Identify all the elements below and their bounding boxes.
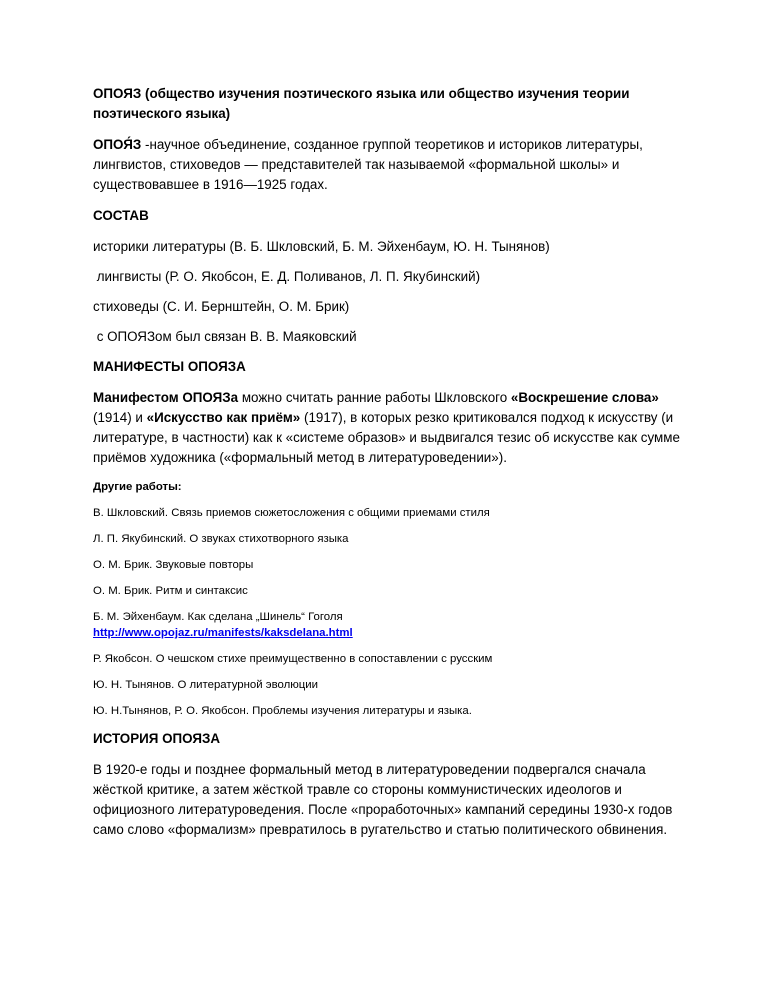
- intro-text: -научное объединение, созданное группой …: [93, 137, 643, 192]
- intro-paragraph: ОПОЯ́З -научное объединение, созданное г…: [93, 135, 683, 195]
- composition-item: стиховеды (С. И. Бернштейн, О. М. Брик): [93, 297, 683, 317]
- work-item: В. Шкловский. Связь приемов сюжетосложен…: [93, 505, 683, 521]
- work-item-with-link: Б. М. Эйхенбаум. Как сделана „Шинель“ Го…: [93, 609, 683, 641]
- manifesto-bold-text: Манифестом ОПОЯЗа: [93, 390, 238, 405]
- work-item: О. М. Брик. Звуковые повторы: [93, 557, 683, 573]
- composition-heading: СОСТАВ: [93, 206, 683, 226]
- manifesto-text: можно считать ранние работы Шкловского: [238, 390, 511, 405]
- composition-item: историки литературы (В. Б. Шкловский, Б.…: [93, 237, 683, 257]
- manifestos-paragraph: Манифестом ОПОЯЗа можно считать ранние р…: [93, 388, 683, 468]
- other-works-heading: Другие работы:: [93, 479, 683, 495]
- work-item: О. М. Брик. Ритм и синтаксис: [93, 583, 683, 599]
- work-item-text: Б. М. Эйхенбаум. Как сделана „Шинель“ Го…: [93, 611, 343, 623]
- document-page: ОПОЯЗ (общество изучения поэтического яз…: [93, 84, 683, 851]
- kaksdelana-link[interactable]: http://www.opojaz.ru/manifests/kaksdelan…: [93, 625, 683, 641]
- work-item: Ю. Н.Тынянов, Р. О. Якобсон. Проблемы из…: [93, 703, 683, 719]
- manifesto-text: (1914) и: [93, 410, 147, 425]
- work-item: Ю. Н. Тынянов. О литературной эволюции: [93, 677, 683, 693]
- work-item: Р. Якобсон. О чешском стихе преимуществе…: [93, 651, 683, 667]
- manifestos-heading: МАНИФЕСТЫ ОПОЯЗА: [93, 357, 683, 377]
- history-heading: ИСТОРИЯ ОПОЯЗА: [93, 729, 683, 749]
- document-title: ОПОЯЗ (общество изучения поэтического яз…: [93, 84, 683, 124]
- composition-item: с ОПОЯЗом был связан В. В. Маяковский: [93, 327, 683, 347]
- composition-item: лингвисты (Р. О. Якобсон, Е. Д. Поливано…: [93, 267, 683, 287]
- intro-term: ОПОЯ́З: [93, 137, 141, 152]
- manifesto-work-title: «Воскрешение слова»: [511, 390, 659, 405]
- work-item: Л. П. Якубинский. О звуках стихотворного…: [93, 531, 683, 547]
- manifesto-work-title: «Искусство как приём»: [147, 410, 301, 425]
- history-paragraph: В 1920-е годы и позднее формальный метод…: [93, 760, 683, 840]
